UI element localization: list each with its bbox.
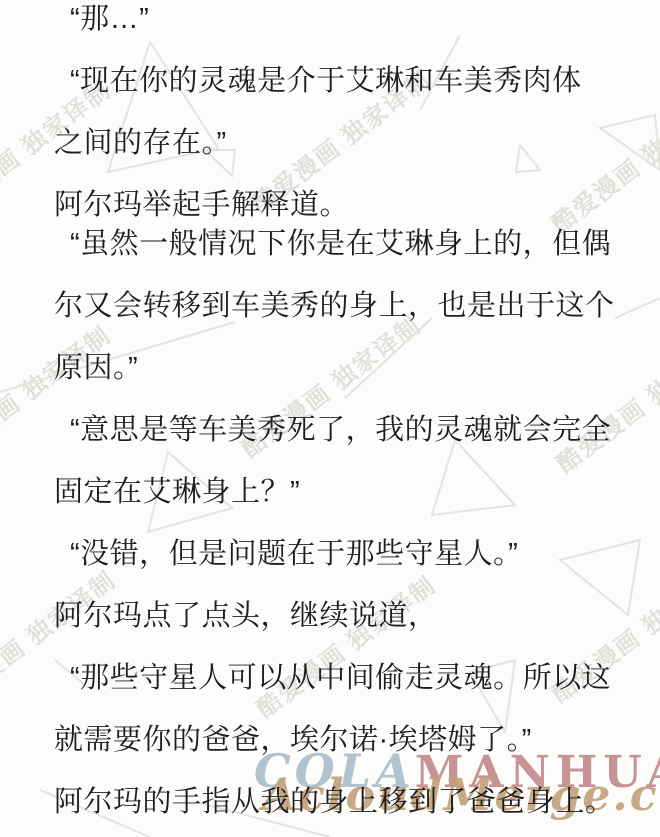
text-line: 原因。” <box>54 337 626 399</box>
paragraph-4: “虽然一般情况下你是在艾琳身上的，但偶尔又会转移到车美秀的身上，也是出于这个原因… <box>54 213 626 399</box>
text-line: “那…” <box>54 0 626 50</box>
text-line: 就需要你的爸爸，埃尔诺·埃塔姆了。” <box>54 709 626 771</box>
paragraph-7: 阿尔玛点了点头，继续说道， <box>54 585 626 647</box>
paragraph-9: 阿尔玛的手指从我的身上移到了爸爸身上。 <box>54 771 626 833</box>
text-line: “那些守星人可以从中间偷走灵魂。所以这 <box>54 647 626 709</box>
paragraph-6: “没错，但是问题在于那些守星人。” <box>54 523 626 585</box>
text-line: 阿尔玛的手指从我的身上移到了爸爸身上。 <box>54 771 626 833</box>
paragraph-2: “现在你的灵魂是介于艾琳和车美秀肉体之间的存在。” <box>54 50 626 174</box>
paragraph-1: “那…” <box>54 0 626 50</box>
novel-text: “那…”“现在你的灵魂是介于艾琳和车美秀肉体之间的存在。”阿尔玛举起手解释道。“… <box>0 0 660 833</box>
paragraph-8: “那些守星人可以从中间偷走灵魂。所以这就需要你的爸爸，埃尔诺·埃塔姆了。” <box>54 647 626 771</box>
text-line: “意思是等车美秀死了，我的灵魂就会完全 <box>54 399 626 461</box>
text-line: “现在你的灵魂是介于艾琳和车美秀肉体 <box>54 50 626 112</box>
novel-page: { "page": { "background_color": "#fcfcfb… <box>0 0 660 837</box>
text-line: 之间的存在。” <box>54 112 626 174</box>
text-line: 固定在艾琳身上？” <box>54 461 626 523</box>
text-line: “虽然一般情况下你是在艾琳身上的，但偶 <box>54 213 626 275</box>
text-line: “没错，但是问题在于那些守星人。” <box>54 523 626 585</box>
text-line: 阿尔玛点了点头，继续说道， <box>54 585 626 647</box>
text-line: 尔又会转移到车美秀的身上，也是出于这个 <box>54 275 626 337</box>
paragraph-5: “意思是等车美秀死了，我的灵魂就会完全固定在艾琳身上？” <box>54 399 626 523</box>
